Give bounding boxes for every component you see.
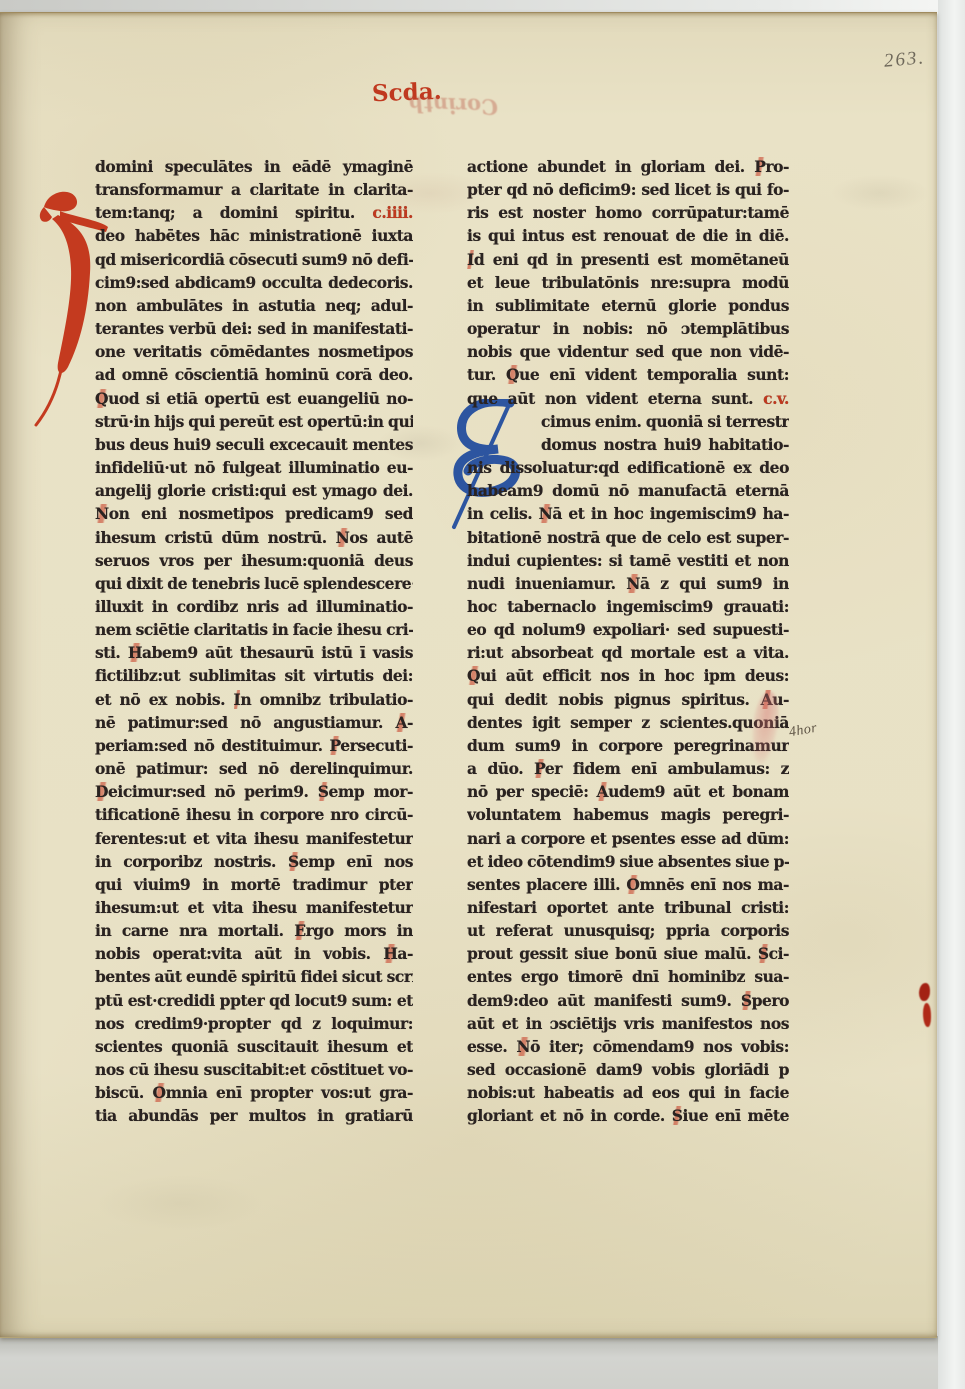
text-line: esse. Nō iter; cōmendam9 nos vobis: [467, 1035, 789, 1058]
text-line: ihesum:ut et vita ihesu manifestetur [95, 896, 413, 919]
red-edge-speck [919, 983, 930, 1001]
text-line: qui dedit nobis pignus spiritus. Au- [467, 688, 789, 711]
text-line: ris est noster homo corrūpatur:tamē [467, 201, 789, 224]
text-line: transformamur a claritate in clarita- [95, 178, 413, 201]
text-line: strū·in hijs qui pereūt est opertū:in qu… [95, 410, 413, 433]
text-line: nobis operat:vita aūt in vobis. Ha- [95, 942, 413, 965]
text-line: ut referat unusquisq; ppria corporis [467, 919, 789, 942]
red-edge-speck [923, 1003, 931, 1027]
text-line: in celis. Nā et in hoc ingemiscim9 ha- [467, 502, 789, 525]
text-line: nari a corpore et psentes esse ad dūm: [467, 827, 789, 850]
text-line: non ambulātes in astutia neq; adul- [95, 294, 413, 317]
text-column-right: actione abundet in gloriam dei. Pro-pter… [467, 155, 789, 1128]
text-line: nos credim9·propter qd z loquimur: [95, 1012, 413, 1035]
text-line: dem9:deo aūt manifesti sum9. Spero [467, 989, 789, 1012]
text-line: nudi inueniamur. Nā z qui sum9 in [467, 572, 789, 595]
text-line: nobis:ut habeatis ad eos qui in facie [467, 1081, 789, 1104]
text-line: et nō ex nobis. In omnibz tribulatio- [95, 688, 413, 711]
text-line: in sublimitate eternū glorie pondus [467, 294, 789, 317]
text-line: nō per speciē: Audem9 aūt et bonam [467, 780, 789, 803]
text-line: hoc tabernaclo ingemiscim9 grauati: [467, 595, 789, 618]
text-line: nem sciētie claritatis in facie ihesu cr… [95, 618, 413, 641]
text-line: illuxit in cordibz nris ad illuminatio- [95, 595, 413, 618]
text-line: Qui aūt efficit nos in hoc ipm deus: [467, 664, 789, 687]
text-line: aūt et in ɔsciētijs vris manifestos nos [467, 1012, 789, 1035]
text-line: dum sum9 in corpore peregrinamur [467, 734, 789, 757]
text-column-left: domini speculātes in eādē ymaginētransfo… [95, 155, 413, 1128]
text-line: periam:sed nō destituimur. Persecuti- [95, 734, 413, 757]
text-line: seruos vros per ihesum:quoniā deus [95, 549, 413, 572]
text-line: operatur in nobis: nō ɔtemplātibus [467, 317, 789, 340]
text-line: onē patimur: sed nō derelinquimur. [95, 757, 413, 780]
text-line: ad omnē cōscientiā hominū corā deo. [95, 363, 413, 386]
margin-annotation: 4hor [788, 721, 819, 742]
text-line: sentes placere illi. Omnēs enī nos ma- [467, 873, 789, 896]
text-line: qui dixit de tenebris lucē splendescere· [95, 572, 413, 595]
text-line: bus deus hui9 seculi excecauit mentes [95, 433, 413, 456]
text-line: deo habētes hāc ministrationē iuxta [95, 224, 413, 247]
text-line: cim9:sed abdicam9 occulta dedecoris. [95, 271, 413, 294]
text-line: is qui intus est renouat de die in diē. [467, 224, 789, 247]
text-line: eo qd nolum9 expoliari· sed supuesti- [467, 618, 789, 641]
page-edge-strip [938, 0, 965, 1389]
parchment-page: Scda. Corinth 263. domini speculātes in … [0, 12, 937, 1338]
text-line: tificationē ihesu in corpore nro circū- [95, 803, 413, 826]
text-line: nē patimur:sed nō angustiamur. A- [95, 711, 413, 734]
text-line: nos cū ihesu suscitabit:et cōstituet vo- [95, 1058, 413, 1081]
text-line: terantes verbū dei: sed in manifestati- [95, 317, 413, 340]
text-line: Quod si etiā opertū est euangeliū no- [95, 387, 413, 410]
text-line: infideliū·ut nō fulgeat illuminatio eu- [95, 456, 413, 479]
text-line: qd misericordiā cōsecuti sum9 nō defi- [95, 248, 413, 271]
text-line: pter qd nō deficim9: sed licet is qui fo… [467, 178, 789, 201]
text-line: Id eni qd in presenti est momētaneū [467, 248, 789, 271]
text-line: habeam9 domū nō manufactā eternā [467, 479, 789, 502]
text-line: one veritatis cōmēdantes nosmetipos [95, 340, 413, 363]
text-line: biscū. Omnia enī propter vos:ut gra- [95, 1081, 413, 1104]
text-line: in carne nra mortali. Ergo mors in [95, 919, 413, 942]
text-line: tur. Que enī vident temporalia sunt: [467, 363, 789, 386]
folio-number: 263. [883, 47, 926, 73]
text-line: domus nostra hui9 habitatio- [467, 433, 789, 456]
text-line: qui viuim9 in mortē tradimur pter [95, 873, 413, 896]
text-line: et ideo cōtendim9 siue absentes siue p- [467, 850, 789, 873]
text-line: sed occasionē dam9 vobis gloriādi p [467, 1058, 789, 1081]
text-line: nobis que videntur sed que non vidē- [467, 340, 789, 363]
text-line: in corporibz nostris. Semp enī nos [95, 850, 413, 873]
text-line: sti. Habem9 aūt thesaurū istū ī vasis [95, 641, 413, 664]
text-line: Non eni nosmetipos predicam9 sed [95, 502, 413, 525]
text-line: prout gessit siue bonū siue malū. Sci- [467, 942, 789, 965]
text-line: actione abundet in gloriam dei. Pro- [467, 155, 789, 178]
text-line: scientes quoniā suscitauit ihesum et [95, 1035, 413, 1058]
text-line: tia abundās per multos in gratiarū [95, 1104, 413, 1127]
text-line: ferentes:ut et vita ihesu manifestetur [95, 827, 413, 850]
text-line: nifestari oportet ante tribunal cristi: [467, 896, 789, 919]
text-line: fictilibz:ut sublimitas sit virtutis dei… [95, 664, 413, 687]
background-bottom-strip [0, 1336, 965, 1389]
text-line: voluntatem habemus magis peregri- [467, 803, 789, 826]
text-line: bentes aūt eundē spiritū fidei sicut scr… [95, 965, 413, 988]
text-line: ihesum cristū dūm nostrū. Nos autē [95, 526, 413, 549]
header-showthrough-ghost: Corinth [407, 91, 499, 119]
text-line: tem:tanq; a domini spiritu. c.iiii. [95, 201, 413, 224]
text-line: ri:ut absorbeat qd mortale est a vita. [467, 641, 789, 664]
text-line: dentes igit semper z scientes.quoniā [467, 711, 789, 734]
text-line: ptū est·credidi ppter qd locut9 sum: et [95, 989, 413, 1012]
text-line: entes ergo timorē dnī hominibz sua- [467, 965, 789, 988]
text-line: cimus enim. quoniā si terrestris [467, 410, 789, 433]
text-line: que aūt non vident eterna sunt. c.v. [467, 387, 789, 410]
text-line: angelij glorie cristi:qui est ymago dei. [95, 479, 413, 502]
text-line: indui cupientes: si tamē vestiti et non [467, 549, 789, 572]
text-line: nis dissoluatur:qd edificationē ex deo [467, 456, 789, 479]
text-line: gloriant et nō in corde. Siue enī mēte [467, 1104, 789, 1127]
text-line: Deicimur:sed nō perim9. Semp mor- [95, 780, 413, 803]
text-line: et leue tribulatōnis nre:supra modū [467, 271, 789, 294]
text-line: a dūo. Per fidem enī ambulamus: z [467, 757, 789, 780]
text-line: domini speculātes in eādē ymaginē [95, 155, 413, 178]
text-line: bitationē nostrā que de celo est super- [467, 526, 789, 549]
